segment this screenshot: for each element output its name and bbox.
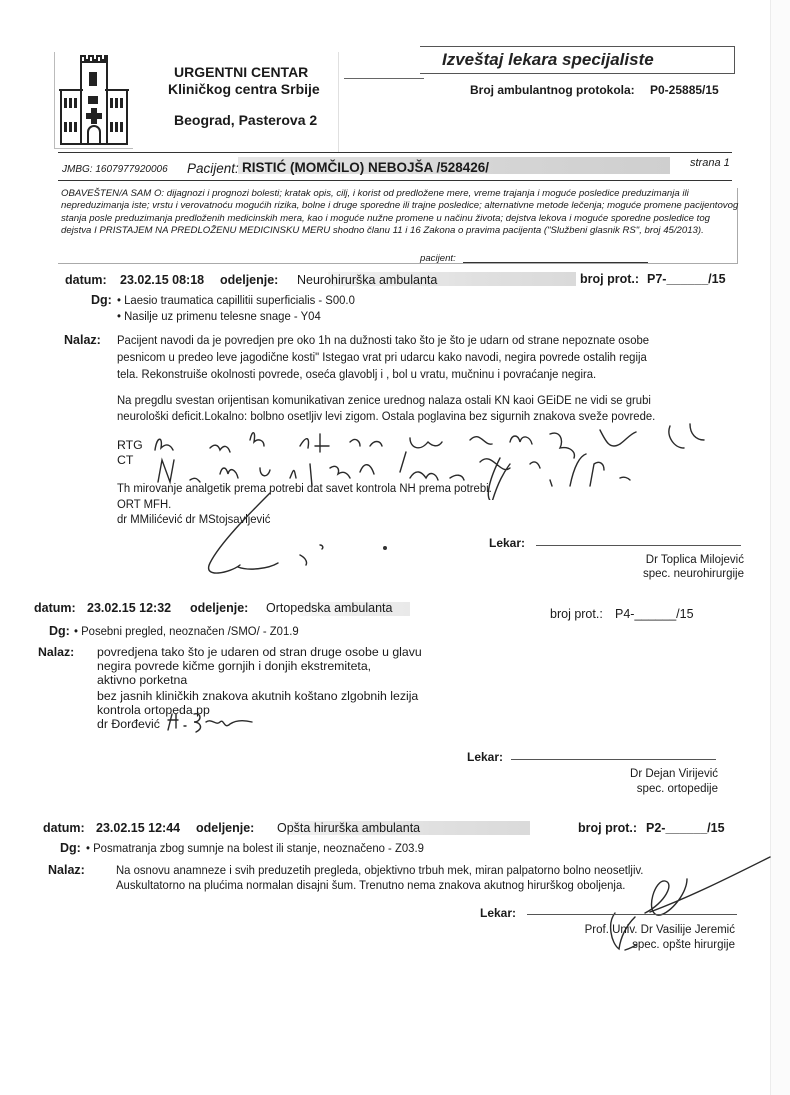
findings-label: Nalaz: — [64, 333, 101, 347]
doctor-name: Dr Dejan Virijević — [540, 767, 718, 781]
section-protocol-number: P7-______/15 — [647, 272, 726, 286]
divider — [58, 152, 732, 153]
protocol-number-label: broj prot.: — [578, 821, 637, 835]
datum-label: datum: — [43, 821, 85, 835]
department-label: odeljenje: — [190, 601, 248, 615]
protocol-number: P0-25885/15 — [650, 83, 719, 97]
findings-label: Nalaz: — [48, 863, 85, 877]
doctor-label: Lekar: — [467, 750, 503, 764]
department-name: Ortopedska ambulanta — [266, 601, 392, 615]
doctor-specialty: spec. ortopedije — [540, 782, 718, 796]
institution-address: Beograd, Pasterova 2 — [174, 112, 317, 129]
hospital-logo-frame — [54, 52, 133, 149]
doctor-signature-line — [527, 914, 737, 915]
department-label: odeljenje: — [196, 821, 254, 835]
patient-label: Pacijent: — [187, 161, 239, 176]
findings-line: pesnicom u predeo leve jagodične kosti" … — [117, 350, 647, 365]
exam-datetime: 23.02.15 12:32 — [87, 601, 171, 615]
exam-datetime: 23.02.15 12:44 — [96, 821, 180, 835]
title-rule — [344, 78, 424, 79]
diagnosis-item: • Laesio traumatica capillitii superfici… — [117, 293, 355, 308]
patient-signature-label: pacijent: — [420, 253, 456, 264]
consent-text: OBAVEŠTEN/A SAM O: dijagnozi i prognozi … — [61, 188, 741, 237]
hospital-building-logo-icon — [55, 52, 133, 148]
doctor-name: Prof. Univ. Dr Vasilije Jeremić — [540, 923, 735, 937]
doctor-initials-signature — [166, 710, 256, 734]
institution-name: URGENTNI CENTAR — [174, 64, 308, 81]
diagnosis-item: • Posmatranja zbog sumnje na bolest ili … — [86, 841, 424, 856]
protocol-number-label: broj prot.: — [580, 272, 639, 286]
department-name: Opšta hirurška ambulanta — [277, 821, 420, 835]
findings-line: Auskultatorno na plućima normalan disajn… — [116, 878, 625, 893]
findings-line: aktivno porketna — [97, 673, 187, 688]
findings-line: negira povrede kičme gornjih i donjih ek… — [97, 659, 371, 674]
divider — [58, 180, 732, 181]
protocol-label: Broj ambulantnog protokola: — [470, 83, 635, 97]
patient-signature-line — [463, 262, 648, 263]
doctor-name: Dr Toplica Milojević — [560, 553, 744, 567]
institution-subtitle: Kliničkog centra Srbije — [168, 81, 320, 98]
doctor-signature-line — [536, 545, 741, 546]
diagnosis-label: Dg: — [91, 293, 112, 307]
findings-line: bez jasnih kliničkih znakova akutnih koš… — [97, 689, 418, 704]
document-title-box: Izveštaj lekara specijaliste — [420, 46, 735, 74]
findings-line: Pacijent navodi da je povredjen pre oko … — [117, 333, 649, 348]
section-protocol-number: P4-______/15 — [615, 607, 694, 621]
findings-line: tela. Rekonstruiše okolnosti povrede, os… — [117, 367, 596, 382]
doctor-label: Lekar: — [480, 906, 516, 920]
doctor-specialty: spec. neurohirurgije — [560, 567, 744, 581]
diagnosis-item: • Nasilje uz primenu telesne snage - Y04 — [117, 309, 321, 324]
rtg-label: RTG — [117, 438, 143, 453]
document-title: Izveštaj lekara specijaliste — [442, 50, 654, 70]
datum-label: datum: — [34, 601, 76, 615]
findings-line: dr Đorđević — [97, 717, 160, 732]
diagnosis-label: Dg: — [49, 624, 70, 638]
department-label: odeljenje: — [220, 273, 278, 287]
findings-line: Na pregdlu svestan orijentisan komunikat… — [117, 393, 651, 408]
datum-label: datum: — [65, 273, 107, 287]
doctor-specialty: spec. opšte hirurgije — [540, 938, 735, 952]
patient-name: RISTIĆ (MOMČILO) NEBOJŠA /528426/ — [242, 160, 489, 175]
ct-label: CT — [117, 453, 133, 468]
protocol-number-label: broj prot.: — [550, 607, 603, 621]
header-divider — [338, 52, 339, 152]
section-protocol-number: P2-______/15 — [646, 821, 725, 835]
diagnosis-label: Dg: — [60, 841, 81, 855]
exam-datetime: 23.02.15 08:18 — [120, 273, 204, 287]
doctor-signature-line — [511, 759, 716, 760]
department-name: Neurohirurška ambulanta — [297, 273, 437, 287]
therapy-line: ORT MFH. — [117, 497, 171, 512]
findings-line: povredjena tako što je udaren od stran d… — [97, 645, 422, 660]
patient-jmbg: JMBG: 1607977920006 — [62, 164, 168, 175]
page-number: strana 1 — [690, 157, 730, 169]
findings-label: Nalaz: — [38, 645, 74, 659]
findings-line: Na osnovu anamneze i svih preduzetih pre… — [116, 863, 643, 878]
doctor-label: Lekar: — [489, 536, 525, 550]
diagnosis-item: • Posebni pregled, neoznačen /SMO/ - Z01… — [74, 624, 299, 639]
doctor-signature — [190, 485, 390, 585]
